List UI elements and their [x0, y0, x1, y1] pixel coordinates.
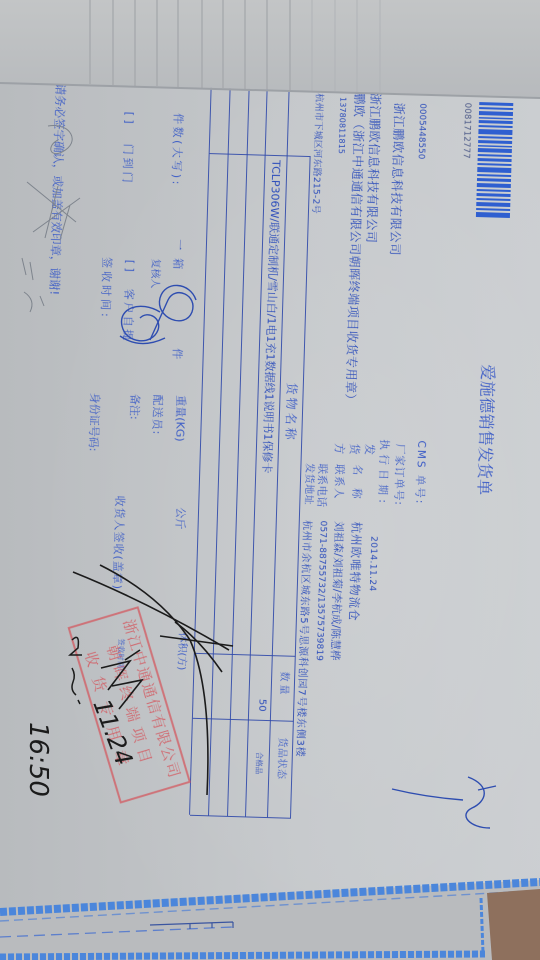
column-header-quantity: 数量 [278, 671, 289, 697]
table-column-line [195, 653, 296, 657]
exec-date-label: 执行日期: [377, 439, 390, 507]
signing-notice: 请务必签字确认，或加盖有效印章，谢谢! [48, 83, 66, 295]
shipper-phone-value: 0571-88755732/13575739819 [314, 520, 327, 661]
exec-date-value: 2014.11.24 [367, 536, 378, 592]
shipper-contact-value: 刘祖森/刘祖菊/李杭成/陈慧桦 [330, 521, 345, 661]
shipper-contact-label: 联系人 [333, 464, 345, 500]
status-cell: 合格品 [255, 752, 263, 775]
quantity-cell: 50 [257, 699, 267, 712]
receiver-contact: 鹏欧（浙江中通通信有限公司朝晖终端项目收货专用章） [345, 92, 366, 406]
pieces-value: 一 [174, 239, 185, 250]
id-number-label: 身份证号码: [88, 393, 101, 452]
door-to-door-label: 门到门 [122, 144, 134, 186]
volume-label: 体积(方) [175, 632, 186, 670]
door-to-door-checkbox: [ ] [124, 112, 135, 124]
weight-label: 重量(KG) [175, 395, 187, 442]
receiver-address: 杭州市下城区河东路215-2号 [310, 93, 323, 214]
shipper-name-label: 名称 [351, 464, 363, 511]
box-unit: 箱 [173, 258, 184, 269]
shipper-name-value: 杭州欧唯特物流仓 [348, 521, 362, 621]
table-column-line [193, 718, 294, 722]
sign-time-label: 签收时间: [100, 257, 113, 320]
piece-unit: 件 [172, 348, 183, 359]
cms-number-label: CMS 单号: [414, 440, 426, 505]
self-pickup-checkbox: [ ] [125, 260, 136, 272]
reviewer-label: 复核人 [149, 258, 160, 288]
sign-time-label-small: 签收时间: [117, 639, 125, 672]
column-header-goods-name: 货物名称 [284, 382, 298, 442]
order-number: 0005448550 [417, 103, 427, 159]
receiver-company: 浙江鹏欧信息科技有限公司 [389, 103, 406, 257]
shipper-group-label: 发货方 [332, 443, 377, 456]
table-row-line [227, 87, 250, 816]
receiver-sign-label: 收货人签收(盖章) [112, 495, 126, 590]
courier-label: 配送员: [152, 394, 164, 435]
document-title: 爱施德销售发货单 [476, 364, 496, 496]
table-row-line [208, 87, 231, 816]
column-header-status: 货品状态 [275, 737, 286, 779]
table-border-left [210, 153, 311, 157]
shipper-phone-label: 联系电话 [316, 463, 328, 507]
company-receiving-stamp: 浙江中通通信有限公司 朝晖终端项目 收货专用章 [68, 606, 191, 803]
table-border-bottom [189, 86, 212, 815]
goods-table: 货物名称 数量 货品状态 TCLP306W/联通定制机/雪山白/1电1充1数据线… [526, 8, 540, 960]
table-row: TCLP306W/联通定制机/雪山白/1电1充1数据线1说明书1保修卡 50 合… [526, 8, 540, 960]
factory-order-label: 厂家订单号: [393, 444, 405, 506]
delivery-note-sheet: 0081712777 爱施德销售发货单 0005448550 浙江鹏欧信息科技有… [0, 0, 540, 960]
receiver-company-line2: 浙江鹏欧信息科技有限公司 [365, 93, 381, 244]
receiver-phone: 13780811815 [337, 97, 347, 154]
barcode-number: 0081712777 [461, 103, 471, 159]
weight-unit: 公斤 [175, 507, 187, 529]
shipper-address-label: 发货地址 [302, 463, 313, 505]
remarks-label: 备注: [129, 394, 141, 420]
table-border-right [190, 815, 291, 819]
delivery-note-content: 0081712777 爱施德销售发货单 0005448550 浙江鹏欧信息科技有… [0, 0, 540, 960]
self-pickup-label: 客户自提 [123, 289, 136, 343]
pieces-label: 件数(大写): [171, 113, 184, 187]
barcode-icon [476, 102, 513, 220]
